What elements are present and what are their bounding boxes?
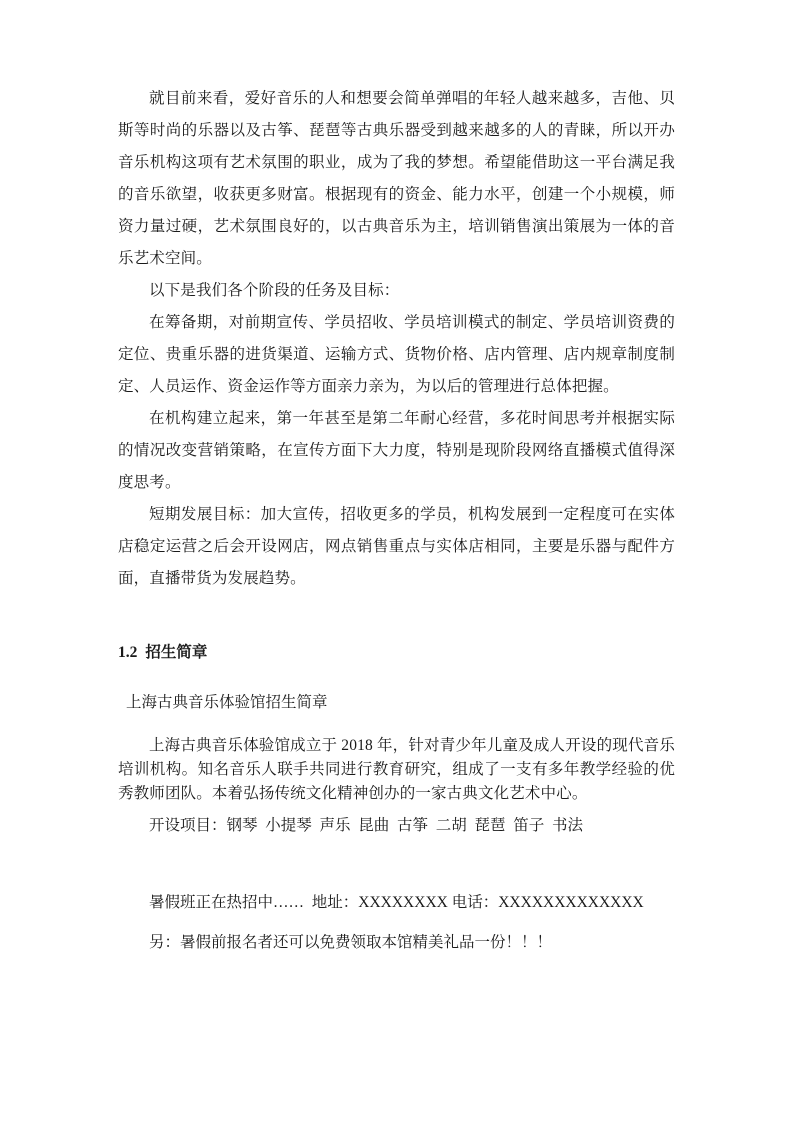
enrollment-contact-line: 暑假班正在热招中…… 地址：XXXXXXXX 电话：XXXXXXXXXXXXX: [149, 893, 644, 913]
bonus-note: 另：暑假前报名者还可以免费领取本馆精美礼品一份！！！: [149, 933, 552, 953]
courses-list: 开设项目：钢琴 小提琴 声乐 昆曲 古筝 二胡 琵琶 笛子 书法: [149, 817, 583, 834]
brochure-title: 上海古典音乐体验馆招生简章: [126, 693, 328, 713]
short-term-goal-paragraph: 短期发展目标：加大宣传，招收更多的学员，机构发展到一定程度可在实体店稳定运营之后…: [118, 499, 675, 595]
address-label: 地址：: [312, 894, 359, 911]
brochure-description: 上海古典音乐体验馆成立于 2018 年，针对青少年儿童及成人开设的现代音乐培训机…: [118, 734, 675, 806]
section-number: 1.2: [118, 644, 137, 661]
phone-label: 电话：: [452, 894, 499, 911]
stages-intro-paragraph: 以下是我们各个阶段的任务及目标：: [118, 275, 675, 307]
courses-line: 开设项目：钢琴 小提琴 声乐 昆曲 古筝 二胡 琵琶 笛子 书法: [149, 816, 583, 836]
section-heading: 1.2招生简章: [118, 640, 207, 662]
operation-stage-paragraph: 在机构建立起来，第一年甚至是第二年耐心经营，多花时间思考并根据实际的情况改变营销…: [118, 403, 675, 499]
section-title: 招生简章: [145, 644, 207, 661]
document-page: 就目前来看，爱好音乐的人和想要会简单弹唱的年轻人越来越多，吉他、贝斯等时尚的乐器…: [0, 0, 793, 1122]
address-value: XXXXXXXX: [358, 894, 448, 911]
preparation-stage-paragraph: 在筹备期，对前期宣传、学员招收、学员培训模式的制定、学员培训资费的定位、贵重乐器…: [118, 307, 675, 403]
enrollment-text: 暑假班正在热招中……: [149, 894, 304, 911]
phone-value: XXXXXXXXXXXXX: [498, 894, 644, 911]
intro-paragraph: 就目前来看，爱好音乐的人和想要会简单弹唱的年轻人越来越多，吉他、贝斯等时尚的乐器…: [118, 83, 675, 275]
